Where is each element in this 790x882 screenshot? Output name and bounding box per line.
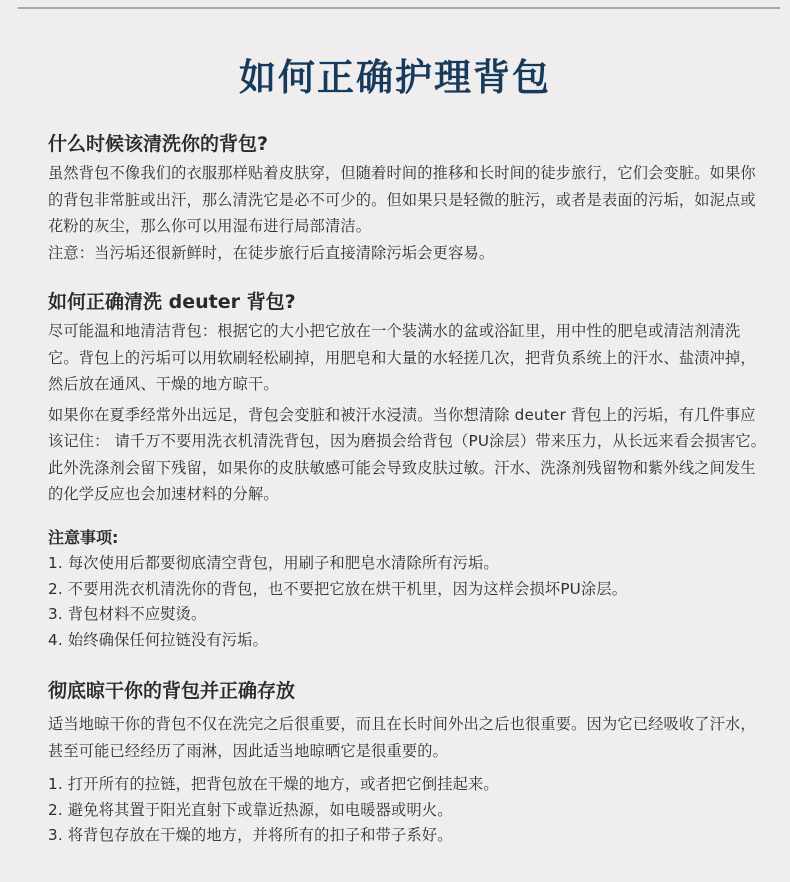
section-heading: 什么时候该清洗你的背包? — [48, 130, 768, 158]
section-dry-and-store: 彻底晾干你的背包并正确存放 适当地晾干你的背包不仅在洗完之后很重要，而且在长时间… — [48, 677, 768, 849]
list-item: 1. 打开所有的拉链，把背包放在干燥的地方，或者把它倒挂起来。 — [48, 772, 768, 798]
top-divider — [18, 7, 780, 9]
section-heading: 彻底晾干你的背包并正确存放 — [48, 677, 768, 705]
section-when-to-clean: 什么时候该清洗你的背包? 虽然背包不像我们的衣服那样贴着皮肤穿，但随着时间的推移… — [48, 130, 768, 266]
list-item: 2. 避免将其置于阳光直射下或靠近热源，如电暖器或明火。 — [48, 798, 768, 824]
section-how-to-clean: 如何正确清洗 deuter 背包? 尽可能温和地清洁背包：根据它的大小把它放在一… — [48, 288, 768, 508]
section-precautions: 注意事项: 1. 每次使用后都要彻底清空背包，用刷子和肥皂水清除所有污垢。 2.… — [48, 525, 768, 653]
section-paragraph: 如果你在夏季经常外出远足，背包会变脏和被汗水浸渍。当你想清除 deuter 背包… — [48, 402, 768, 508]
list-item: 3. 将背包存放在干燥的地方，并将所有的扣子和带子系好。 — [48, 823, 768, 849]
note-paragraph: 注意：当污垢还很新鲜时，在徒步旅行后直接清除污垢会更容易。 — [48, 240, 768, 267]
precautions-list: 1. 每次使用后都要彻底清空背包，用刷子和肥皂水清除所有污垢。 2. 不要用洗衣… — [48, 551, 768, 653]
list-item: 2. 不要用洗衣机清洗你的背包，也不要把它放在烘干机里，因为这样会损坏PU涂层。 — [48, 577, 768, 603]
section-paragraph: 尽可能温和地清洁背包：根据它的大小把它放在一个装满水的盆或浴缸里，用中性的肥皂或… — [48, 318, 768, 398]
section-paragraph: 虽然背包不像我们的衣服那样贴着皮肤穿，但随着时间的推移和长时间的徒步旅行，它们会… — [48, 160, 768, 240]
page-title: 如何正确护理背包 — [0, 52, 790, 104]
storage-steps-list: 1. 打开所有的拉链，把背包放在干燥的地方，或者把它倒挂起来。 2. 避免将其置… — [48, 772, 768, 849]
list-item: 4. 始终确保任何拉链没有污垢。 — [48, 628, 768, 654]
list-item: 1. 每次使用后都要彻底清空背包，用刷子和肥皂水清除所有污垢。 — [48, 551, 768, 577]
section-paragraph: 适当地晾干你的背包不仅在洗完之后很重要，而且在长时间外出之后也很重要。因为它已经… — [48, 711, 768, 764]
section-heading: 如何正确清洗 deuter 背包? — [48, 288, 768, 316]
list-item: 3. 背包材料不应熨烫。 — [48, 602, 768, 628]
section-heading: 注意事项: — [48, 525, 768, 551]
